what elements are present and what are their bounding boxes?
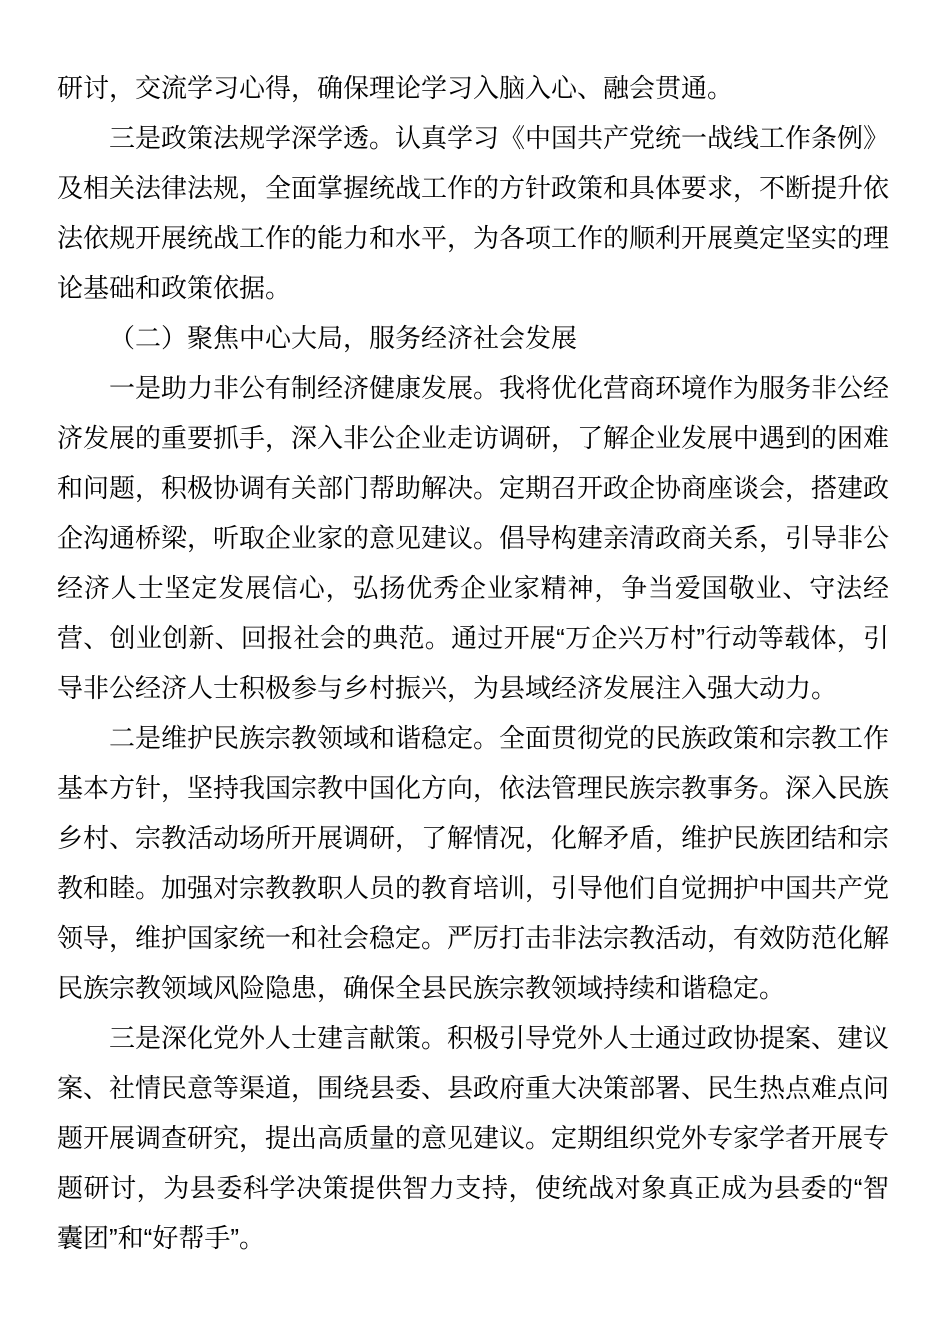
document-page: 研讨，交流学习心得，确保理论学习入脑入心、融会贯通。 三是政策法规学深学透。认真… [0,0,950,1344]
paragraph-ethnic-religion: 二是维护民族宗教领域和谐稳定。全面贯彻党的民族政策和宗教工作基本方针，坚持我国宗… [57,713,889,1013]
paragraph-theory-study-continuation: 研讨，交流学习心得，确保理论学习入脑入心、融会贯通。 [57,63,889,113]
paragraph-non-public-economy: 一是助力非公有制经济健康发展。我将优化营商环境作为服务非公经济发展的重要抓手，深… [57,363,889,713]
paragraph-non-party-advice: 三是深化党外人士建言献策。积极引导党外人士通过政协提案、建议案、社情民意等渠道，… [57,1013,889,1263]
document-body: 研讨，交流学习心得，确保理论学习入脑入心、融会贯通。 三是政策法规学深学透。认真… [57,63,889,1263]
paragraph-policy-regulations: 三是政策法规学深学透。认真学习《中国共产党统一战线工作条例》及相关法律法规，全面… [57,113,889,313]
section-heading-focus-center: （二）聚焦中心大局，服务经济社会发展 [57,313,889,363]
